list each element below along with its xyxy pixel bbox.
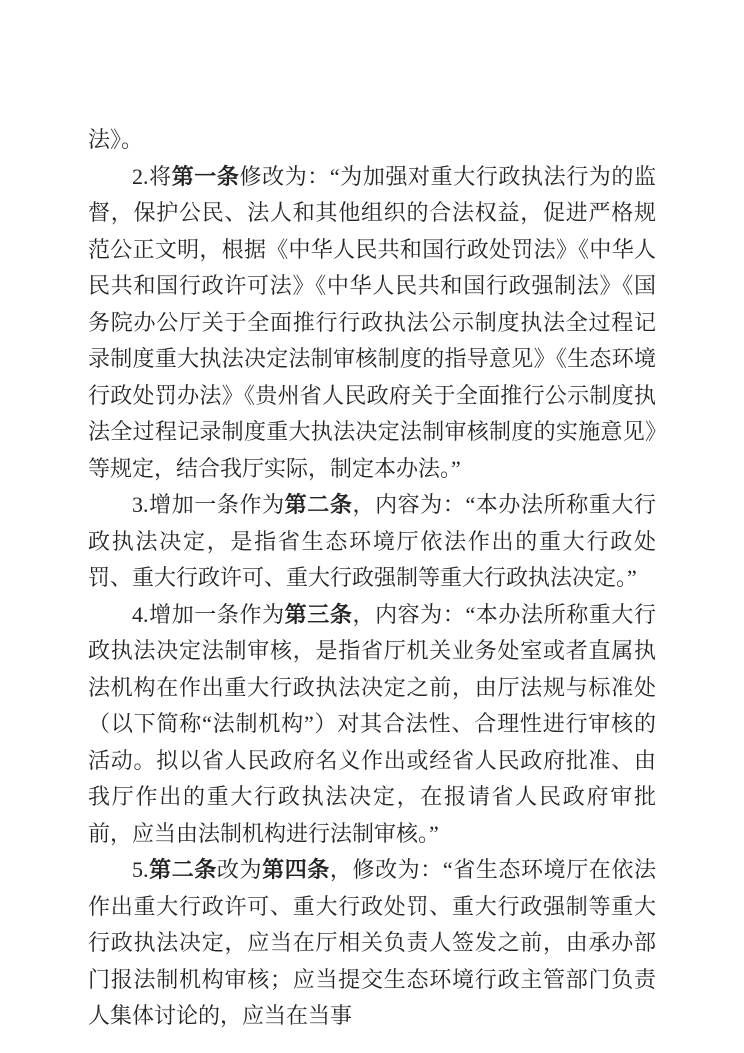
article-ref-bold: 第三条 — [285, 602, 353, 627]
paragraph-continuation: 法》。 — [88, 122, 656, 159]
article-ref-bold: 第二条 — [149, 857, 217, 882]
document-page: 法》。 2.将第一条修改为：“为加强对重大行政执法行为的监督，保护公民、法人和其… — [0, 0, 744, 1053]
paragraph-item-3: 3.增加一条作为第二条，内容为：“本办法所称重大行政执法决定，是指省生态环境厅依… — [88, 487, 656, 597]
text-run: 2.将 — [132, 164, 172, 189]
text-run: 4.增加一条作为 — [132, 602, 285, 627]
paragraph-item-5: 5.第二条改为第四条，修改为：“省生态环境厅在依法作出重大行政许可、重大行政处罚… — [88, 852, 656, 1035]
text-run: 改为 — [217, 857, 262, 882]
article-ref-bold: 第四条 — [262, 857, 330, 882]
paragraph-item-4: 4.增加一条作为第三条，内容为：“本办法所称重大行政执法决定法制审核，是指省厅机… — [88, 597, 656, 853]
article-ref-bold: 第一条 — [172, 164, 240, 189]
text-run: ，内容为：“本办法所称重大行政执法决定法制审核，是指省厅机关业务处室或者直属执法… — [88, 602, 656, 846]
document-text-block: 法》。 2.将第一条修改为：“为加强对重大行政执法行为的监督，保护公民、法人和其… — [88, 122, 656, 1035]
text-run: ，修改为：“省生态环境厅在依法作出重大行政许可、重大行政处罚、重大行政强制等重大… — [88, 857, 656, 1028]
text-run: 3.增加一条作为 — [132, 492, 285, 517]
text-run: 5. — [132, 857, 149, 882]
text-run: 法》。 — [88, 127, 143, 152]
article-ref-bold: 第二条 — [285, 492, 353, 517]
text-run: 修改为：“为加强对重大行政执法行为的监督，保护公民、法人和其他组织的合法权益，促… — [88, 164, 656, 481]
paragraph-item-2: 2.将第一条修改为：“为加强对重大行政执法行为的监督，保护公民、法人和其他组织的… — [88, 159, 656, 488]
